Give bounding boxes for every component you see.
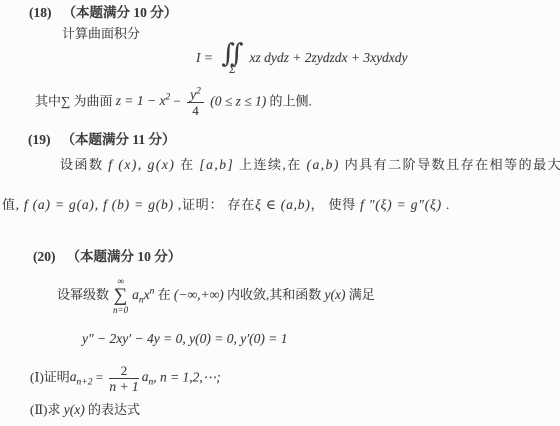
recurrence-equals: = xyxy=(92,369,106,384)
q18-condition: 其中∑ 为曲面 z = 1 − x2 − y24 (0 ≤ z ≤ 1) 的上侧… xyxy=(35,87,312,118)
q20-part1: (Ⅰ)证明an+2 = 2n + 1an, n = 1,2,⋯; xyxy=(30,363,221,394)
q20-score-label: （本题满分 10 分） xyxy=(67,249,182,264)
q18-number: (18) xyxy=(29,5,52,20)
q20-intro-mid2: 内收敛,其和函数 xyxy=(224,287,325,302)
fraction-numerator: 2 xyxy=(109,363,138,379)
fraction-numerator: y2 xyxy=(187,87,204,103)
q20-part1-tail: , n = 1,2,⋯; xyxy=(153,369,221,384)
q18-intro-text: 计算曲面积分 xyxy=(62,26,140,41)
q20-interval: (−∞,+∞) xyxy=(174,287,224,302)
q19-number: (19) xyxy=(28,132,51,147)
fraction-denominator: n + 1 xyxy=(109,379,138,394)
series-power-term: xn xyxy=(144,287,155,302)
q19-text-seg: 值, xyxy=(2,197,24,212)
q20-ode: y″ − 2xy′ − 4y = 0, y(0) = 0, y′(0) = 1 xyxy=(82,331,288,347)
q18-intro: 计算曲面积分 xyxy=(62,26,140,42)
q18-minus-sign: − xyxy=(170,93,184,108)
q19-text-seg: 在 xyxy=(175,157,199,172)
recurrence-lhs-base: a xyxy=(70,369,77,384)
q19-math-seg: f (x), g(x) xyxy=(108,157,175,172)
q18-condition-post: 的上侧. xyxy=(266,93,312,108)
q18-formula: I = ∬Σxz dydz + 2zydzdx + 3xydxdy xyxy=(196,42,408,76)
recurrence-rhs: an xyxy=(142,369,154,384)
q18-surface-equation: z = 1 − x2 xyxy=(116,93,170,108)
q19-math-seg: ξ ∈ (a,b) xyxy=(255,197,311,212)
q19-math-seg: f (a) = g(a), f (b) = g(b) xyxy=(24,197,174,212)
q20-part2-label: (Ⅱ)求 xyxy=(30,402,64,417)
fraction-2-over-n-plus-1: 2n + 1 xyxy=(109,363,138,394)
q19-text-seg: 内具有二阶导数且存在相等的最大 xyxy=(340,157,560,172)
q19-header: (19)（本题满分 11 分） xyxy=(28,132,176,148)
fraction-numerator-exp: 2 xyxy=(196,87,201,97)
q20-intro-mid: 在 xyxy=(154,287,174,302)
q20-ode-equation: y″ − 2xy′ − 4y = 0, y(0) = 0, y′(0) = 1 xyxy=(82,331,288,346)
q18-formula-lhs: I = xyxy=(196,50,216,65)
q20-part2-tail: 的表达式 xyxy=(85,402,140,417)
q18-z-range: (0 ≤ z ≤ 1) xyxy=(207,93,266,108)
summation-icon: ∑ xyxy=(113,286,128,305)
series-coefficient: an xyxy=(132,287,144,302)
q20-intro: 设幂级数∞∑n=0anxn 在 (−∞,+∞) 内收敛,其和函数 y(x) 满足 xyxy=(57,277,375,315)
q19-text-seg: 上连续,在 xyxy=(234,157,306,172)
q19-text-seg: ,证明： 存在 xyxy=(174,197,255,212)
q19-body-line1: 设函数 f (x), g(x) 在 [a,b] 上连续,在 (a,b) 内具有二… xyxy=(60,157,560,173)
q18-score-label: （本题满分 10 分） xyxy=(63,5,178,20)
double-integral-icon: ∬ xyxy=(221,42,243,65)
q20-part2: (Ⅱ)求 y(x) 的表达式 xyxy=(30,402,140,418)
q18-surface-eq-main: z = 1 − x xyxy=(116,93,166,108)
q19-math-seg: (a,b) xyxy=(307,157,340,172)
q19-math-seg: f ″(ξ) = g″(ξ) xyxy=(360,197,442,212)
q20-header: (20)（本题满分 10 分） xyxy=(33,249,181,265)
summation: ∞∑n=0 xyxy=(113,277,128,315)
exam-sheet: (18)（本题满分 10 分） 计算曲面积分 I = ∬Σxz dydz + 2… xyxy=(0,0,560,426)
q19-text-seg: ， 使得 xyxy=(311,197,361,212)
q20-sum-function: y(x) xyxy=(324,287,345,302)
q18-condition-pre: 其中∑ 为曲面 xyxy=(35,93,116,108)
series-coef-base: a xyxy=(132,287,139,302)
double-integral: ∬Σ xyxy=(221,42,243,76)
fraction-y2-over-4: y24 xyxy=(187,87,204,118)
q20-intro-post: 满足 xyxy=(345,287,374,302)
q18-integrand: xz dydz + 2zydzdx + 3xydxdy xyxy=(250,50,408,65)
q18-header: (18)（本题满分 10 分） xyxy=(29,5,177,21)
q20-number: (20) xyxy=(33,249,56,264)
summation-lower-limit: n=0 xyxy=(113,305,128,315)
fraction-denominator: 4 xyxy=(187,103,204,118)
recurrence-lhs-index: n+2 xyxy=(77,378,93,388)
q19-text-seg: 设函数 xyxy=(60,157,108,172)
q19-body-line2: 值, f (a) = g(a), f (b) = g(b) ,证明： 存在ξ ∈… xyxy=(2,197,450,213)
recurrence-lhs: an+2 xyxy=(70,369,93,384)
q20-part2-function: y(x) xyxy=(64,402,85,417)
q20-part1-label: (Ⅰ)证明 xyxy=(30,369,70,384)
q19-score-label: （本题满分 11 分） xyxy=(62,132,176,147)
q20-intro-pre: 设幂级数 xyxy=(57,287,109,302)
q19-text-seg: . xyxy=(442,197,450,212)
q19-math-seg: [a,b] xyxy=(199,157,234,172)
